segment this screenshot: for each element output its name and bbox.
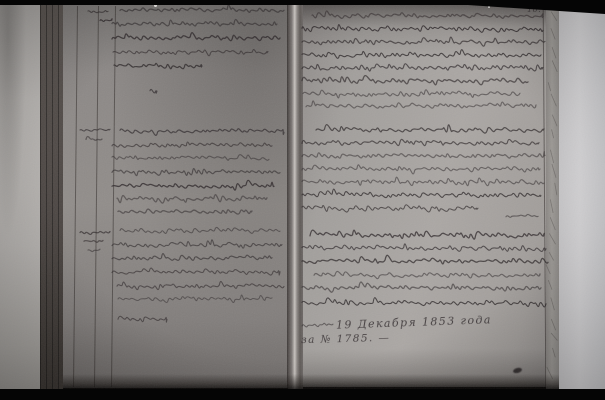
fore-edge [546,3,559,389]
page-stack-edge [40,3,63,392]
reference-number-text: за № 1785. — [301,332,391,346]
left-blank-strip [0,2,40,393]
book-gutter [288,3,303,389]
photo-border-bottom [0,389,605,400]
right-blank-strip [559,2,605,392]
page-bottom-shadow [63,374,559,390]
archival-document-photo: 10. 19 Декабря 1853 года за № 1785. — [0,0,605,400]
